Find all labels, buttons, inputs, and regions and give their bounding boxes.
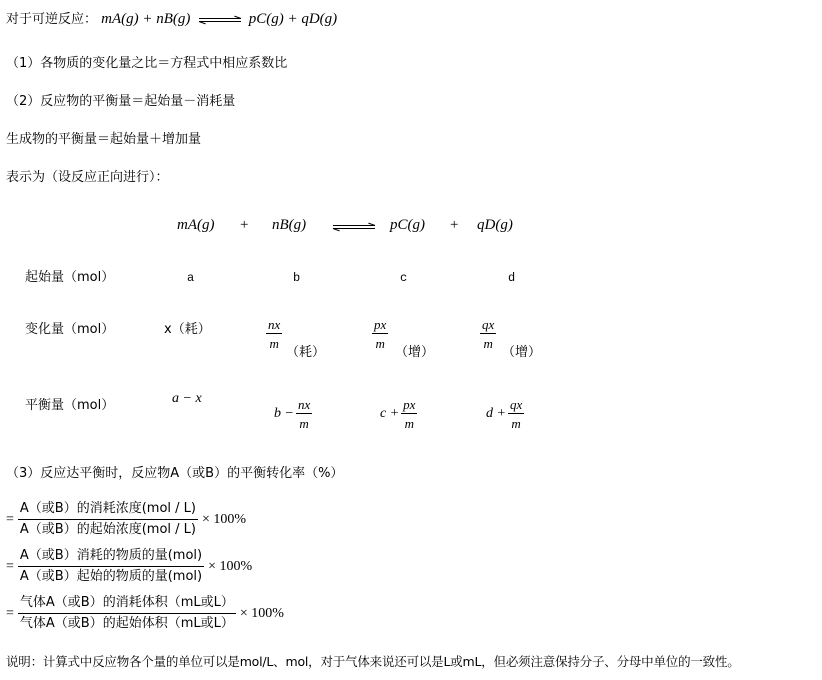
row-change-d-note: （增） — [502, 346, 541, 359]
conversion-formula-1: = A（或B）的消耗浓度(mol / L) A（或B）的起始浓度(mol / L… — [6, 499, 246, 540]
fraction: A（或B）消耗的物质的量(mol) A（或B）起始的物质的量(mol) — [18, 546, 204, 587]
fraction: nx m — [266, 318, 282, 350]
conversion-formula-3: = 气体A（或B）的消耗体积（mL或L） 气体A（或B）的起始体积（mL或L） … — [6, 593, 284, 634]
reaction-reactants: mA(g) + nB(g) — [101, 11, 190, 27]
row-change-b: nx m — [266, 318, 282, 350]
row-equilibrium-label: 平衡量（mol） — [25, 399, 114, 412]
row-equilibrium-a: a − x — [172, 392, 202, 406]
fraction: px m — [401, 398, 417, 430]
header-b: nB(g) — [272, 218, 306, 233]
conversion-title: （3）反应达平衡时，反应物A（或B）的平衡转化率（%） — [6, 467, 343, 480]
intro-line: 对于可逆反应： mA(g) + nB(g) pC(g) + qD(g) — [6, 12, 337, 27]
fraction: 气体A（或B）的消耗体积（mL或L） 气体A（或B）的起始体积（mL或L） — [18, 593, 236, 634]
row-equilibrium-d: d + qx m — [486, 398, 524, 430]
note: 说明：计算式中反应物各个量的单位可以是mol/L、mol，对于气体来说还可以是L… — [6, 656, 740, 669]
header-arrow — [329, 220, 379, 233]
fraction: A（或B）的消耗浓度(mol / L) A（或B）的起始浓度(mol / L) — [18, 499, 198, 540]
fraction: nx m — [296, 398, 312, 430]
rule-1: （1）各物质的变化量之比＝方程式中相应系数比 — [6, 57, 287, 70]
rule-3: 生成物的平衡量＝起始量＋增加量 — [6, 133, 201, 146]
row-initial-d: d — [508, 272, 515, 284]
reversible-arrow-icon — [333, 222, 375, 232]
row-change-c-note: （增） — [395, 346, 434, 359]
fraction: qx m — [508, 398, 524, 430]
row-equilibrium-b: b − nx m — [274, 398, 312, 430]
header-plus-1: + — [240, 218, 248, 233]
reversible-arrow-icon — [199, 15, 241, 25]
fraction: qx m — [480, 318, 496, 350]
reaction-products: pC(g) + qD(g) — [249, 11, 337, 27]
row-change-d: qx m — [480, 318, 496, 350]
header-a: mA(g) — [177, 218, 215, 233]
row-change-b-note: （耗） — [286, 346, 325, 359]
header-d: qD(g) — [477, 218, 513, 233]
row-equilibrium-c: c + px m — [380, 398, 417, 430]
row-change-c: px m — [372, 318, 388, 350]
row-initial-a: a — [187, 272, 194, 284]
header-c: pC(g) — [390, 218, 425, 233]
row-initial-label: 起始量（mol） — [25, 271, 114, 284]
row-initial-c: c — [400, 272, 407, 284]
rule-4: 表示为（设反应正向进行）： — [6, 171, 169, 184]
fraction: px m — [372, 318, 388, 350]
row-change-label: 变化量（mol） — [25, 323, 114, 336]
header-plus-2: + — [450, 218, 458, 233]
row-initial-b: b — [293, 272, 300, 284]
rule-2: （2）反应物的平衡量＝起始量－消耗量 — [6, 95, 235, 108]
intro-label: 对于可逆反应： — [6, 12, 97, 27]
conversion-formula-2: = A（或B）消耗的物质的量(mol) A（或B）起始的物质的量(mol) × … — [6, 546, 252, 587]
row-change-a: x（耗） — [164, 323, 211, 336]
